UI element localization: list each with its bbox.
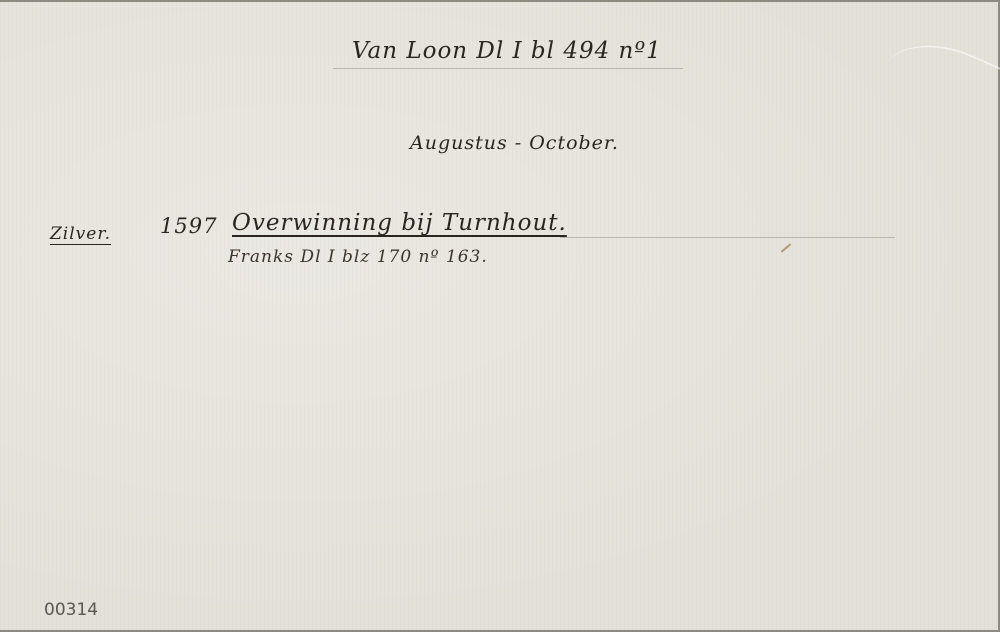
ink-mark (781, 243, 791, 252)
paper-crease (869, 24, 1000, 152)
archive-number: 00314 (44, 600, 98, 620)
title-guideline (333, 68, 683, 69)
card-title: Van Loon Dl I bl 494 nº1 (352, 38, 662, 64)
bibliographic-reference: Franks Dl I blz 170 nº 163. (228, 247, 488, 267)
index-card: Van Loon Dl I bl 494 nº1 Augustus - Octo… (0, 2, 998, 630)
entry-year: 1597 (160, 214, 217, 238)
category-label: Zilver. (50, 224, 111, 244)
entry-headline: Overwinning bij Turnhout. (232, 210, 567, 236)
date-range: Augustus - October. (410, 132, 619, 154)
entry-guideline (560, 237, 895, 238)
